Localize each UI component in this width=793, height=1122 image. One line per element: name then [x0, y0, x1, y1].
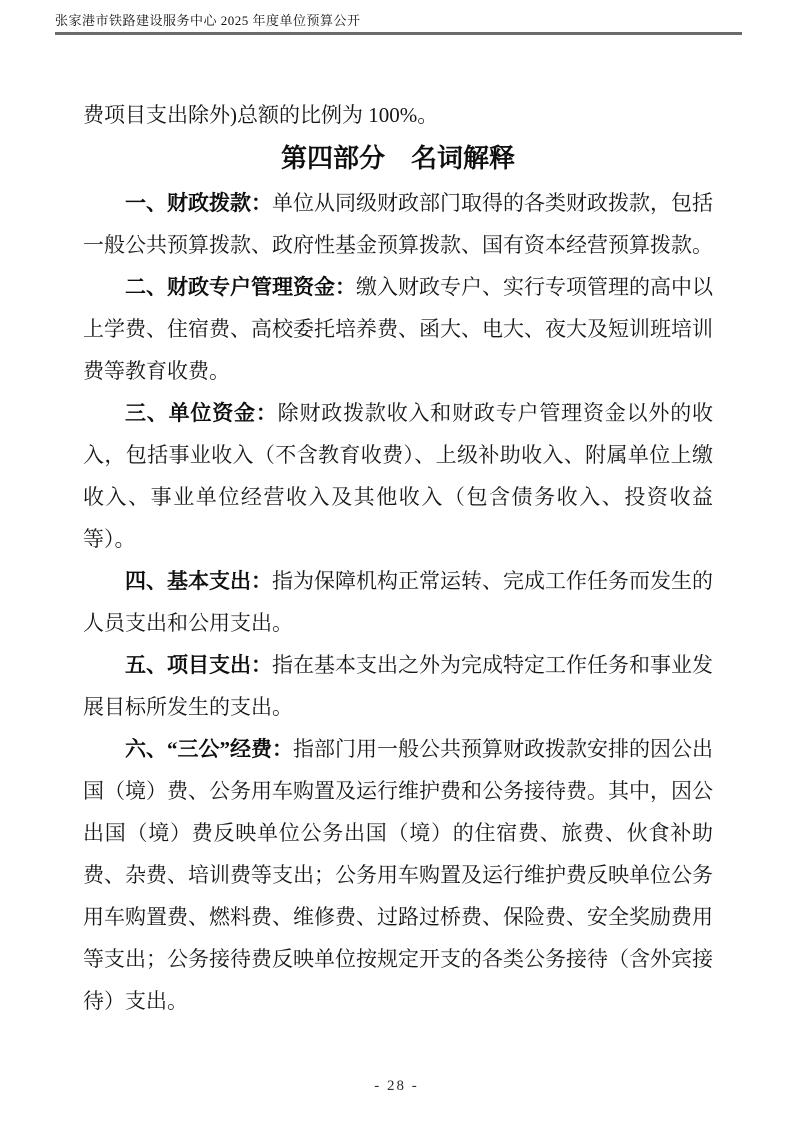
page-number: - 28 - [374, 1078, 419, 1094]
term-label-1: 一、财政拨款： [125, 191, 272, 215]
term-paragraph-3: 三、单位资金：除财政拨款收入和财政专户管理资金以外的收入，包括事业收入（不含教育… [83, 392, 713, 560]
header-title: 张家港市铁路建设服务中心 2025 年度单位预算公开 [55, 13, 361, 28]
document-page: 张家港市铁路建设服务中心 2025 年度单位预算公开 费项目支出除外)总额的比例… [0, 0, 793, 1122]
term-paragraph-1: 一、财政拨款：单位从同级财政部门取得的各类财政拨款，包括一般公共预算拨款、政府性… [83, 182, 713, 266]
term-definition-6: 指部门用一般公共预算财政拨款安排的因公出国（境）费、公务用车购置及运行维护费和公… [83, 737, 713, 1013]
section-title: 第四部分 名词解释 [83, 136, 713, 182]
term-paragraph-4: 四、基本支出：指为保障机构正常运转、完成工作任务而发生的人员支出和公用支出。 [83, 560, 713, 644]
page-header: 张家港市铁路建设服务中心 2025 年度单位预算公开 [55, 11, 742, 35]
page-footer: - 28 - [0, 1078, 793, 1095]
term-paragraph-5: 五、项目支出：指在基本支出之外为完成特定工作任务和事业发展目标所发生的支出。 [83, 644, 713, 728]
paragraph-continuation: 费项目支出除外)总额的比例为 100%。 [83, 94, 713, 136]
term-label-3: 三、单位资金： [125, 401, 278, 425]
term-paragraph-6: 六、“三公”经费：指部门用一般公共预算财政拨款安排的因公出国（境）费、公务用车购… [83, 728, 713, 1022]
document-body: 费项目支出除外)总额的比例为 100%。 第四部分 名词解释 一、财政拨款：单位… [83, 94, 713, 1022]
term-paragraph-2: 二、财政专户管理资金：缴入财政专户、实行专项管理的高中以上学费、住宿费、高校委托… [83, 266, 713, 392]
term-label-6: 六、“三公”经费： [125, 737, 293, 761]
term-label-4: 四、基本支出： [125, 569, 272, 593]
term-label-2: 二、财政专户管理资金： [125, 275, 356, 299]
term-label-5: 五、项目支出： [125, 653, 272, 677]
